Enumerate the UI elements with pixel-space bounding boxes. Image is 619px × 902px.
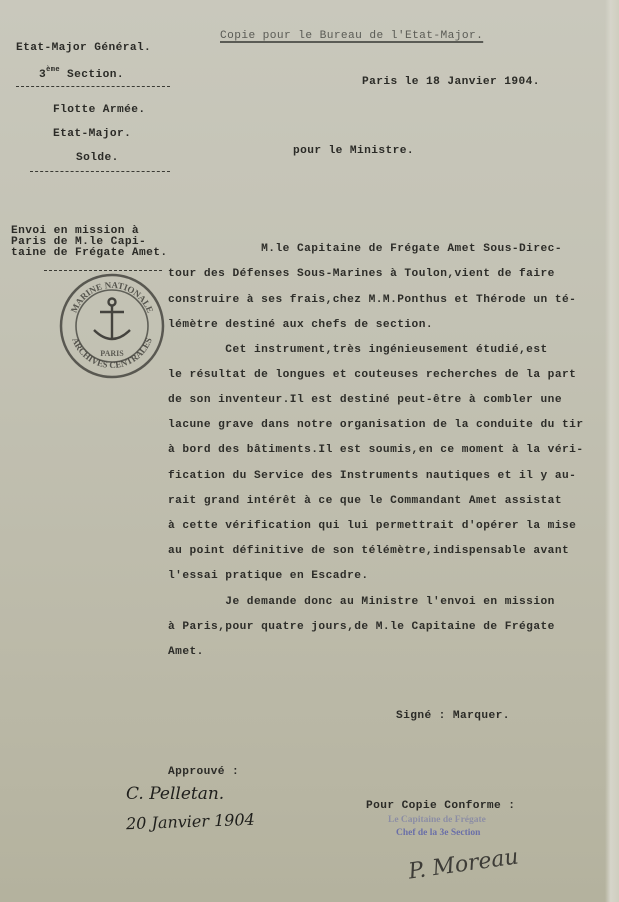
body-line-5: Cet instrument,très ingénieusement étudi… <box>168 344 548 356</box>
archive-stamp: MARINE NATIONALE ARCHIVES CENTRALES PARI… <box>58 272 166 380</box>
body-line-6: le résultat de longues et couteuses rech… <box>168 369 576 381</box>
body-line-4: lémètre destiné aux chefs de section. <box>168 319 433 331</box>
certification-stamp-line-1: Le Capitaine de Frégate <box>388 815 486 825</box>
header-section: 3ème Section. <box>39 66 124 81</box>
approval-handwritten-name: C. Pelletan. <box>126 784 224 804</box>
body-line-7: de son inventeur.Il est destiné peut-êtr… <box>168 394 562 406</box>
body-line-8: lacune grave dans notre organisation de … <box>168 419 584 431</box>
place-date: Paris le 18 Janvier 1904. <box>362 76 540 88</box>
divider-2 <box>30 171 170 172</box>
divider-1 <box>16 86 170 87</box>
body-line-12: à cette vérification qui lui permettrait… <box>168 520 576 532</box>
body-line-2: tour des Défenses Sous-Marines à Toulon,… <box>168 268 555 280</box>
signed-marquer: Signé : Marquer. <box>396 710 510 722</box>
header-etat-major: Etat-Major. <box>53 128 131 140</box>
body-line-3: construire à ses frais,chez M.M.Ponthus … <box>168 294 576 306</box>
body-line-1: M.le Capitaine de Frégate Amet Sous-Dire… <box>168 243 562 255</box>
body-line-10: fication du Service des Instruments naut… <box>168 470 576 482</box>
approval-handwritten-date: 20 Janvier 1904 <box>126 810 255 833</box>
paper-edge <box>605 0 619 902</box>
svg-text:PARIS: PARIS <box>100 349 124 358</box>
header-flotte-armee: Flotte Armée. <box>53 104 145 116</box>
recipient: pour le Ministre. <box>293 145 414 157</box>
body-line-16: à Paris,pour quatre jours,de M.le Capita… <box>168 621 555 633</box>
certification-handwritten-signature: P. Moreau <box>407 844 520 884</box>
body-line-17: Amet. <box>168 646 204 658</box>
body-line-13: au point définitive de son télémètre,ind… <box>168 545 569 557</box>
anchor-icon <box>94 299 130 340</box>
certification-label: Pour Copie Conforme : <box>366 800 515 812</box>
document-page: Copie pour le Bureau de l'Etat-Major. Et… <box>0 0 619 902</box>
copy-note: Copie pour le Bureau de l'Etat-Major. <box>220 30 483 42</box>
header-etat-major-general: Etat-Major Général. <box>16 42 151 54</box>
body-line-15: Je demande donc au Ministre l'envoi en m… <box>168 596 555 608</box>
body-line-14: l'essai pratique en Escadre. <box>168 570 369 582</box>
divider-3 <box>44 270 162 271</box>
header-solde: Solde. <box>76 152 119 164</box>
stamp-graphic: MARINE NATIONALE ARCHIVES CENTRALES PARI… <box>58 272 166 380</box>
approval-label: Approuvé : <box>168 766 239 778</box>
body-line-9: à bord des bâtiments.Il est soumis,en ce… <box>168 444 584 456</box>
body-line-11: rait grand intérêt à ce que le Commandan… <box>168 495 562 507</box>
certification-stamp-line-2: Chef de la 3e Section <box>396 828 480 838</box>
subject-line-3: taine de Frégate Amet. <box>11 248 168 259</box>
